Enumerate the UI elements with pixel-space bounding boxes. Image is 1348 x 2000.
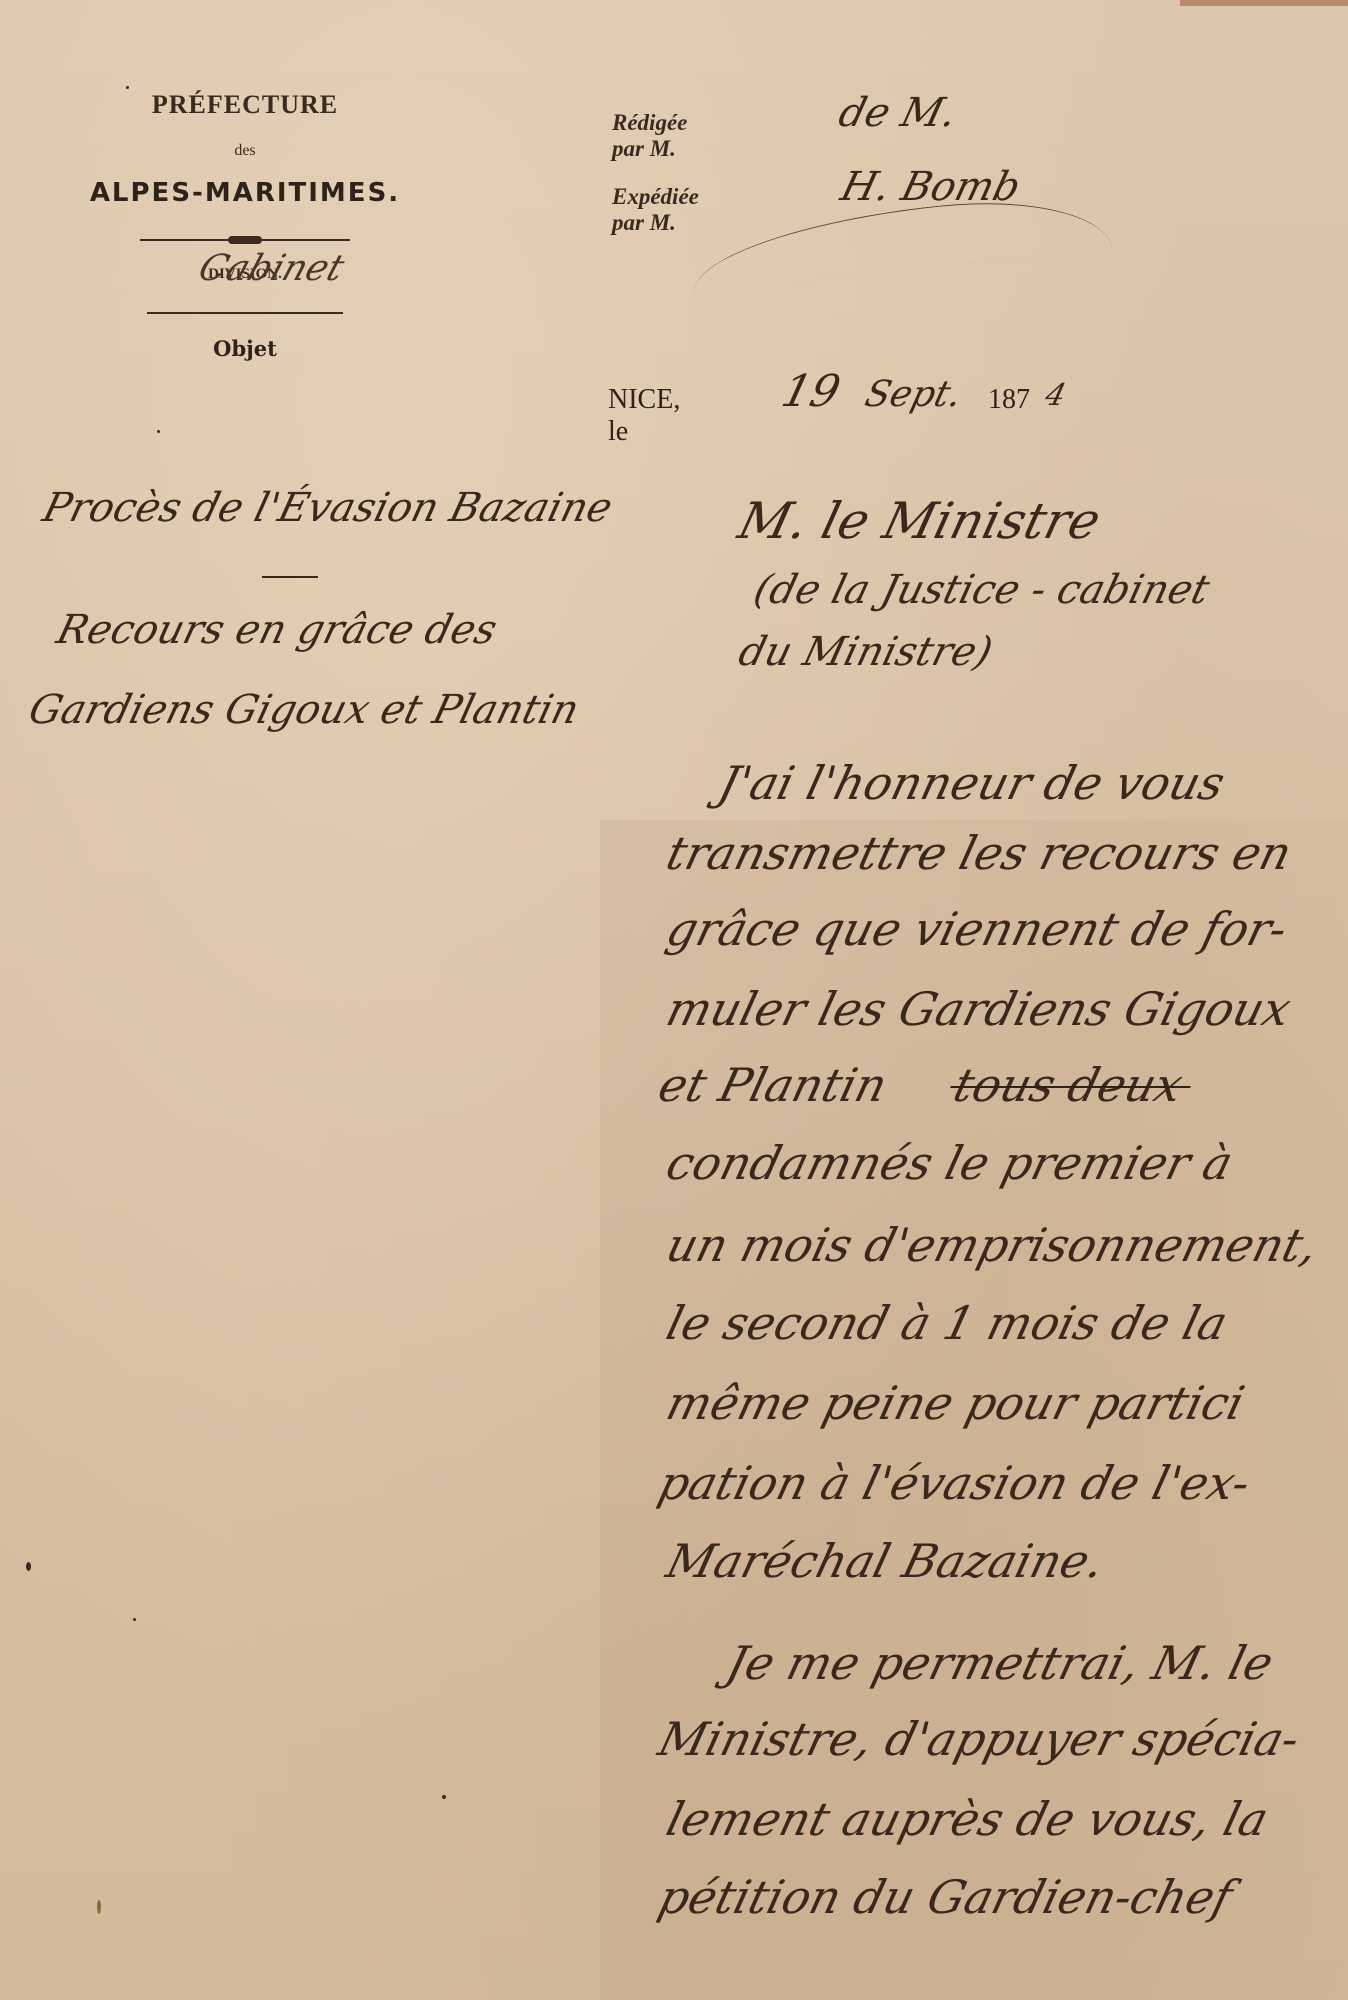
- division-handwritten: Cabinet: [193, 248, 349, 289]
- body-line: grâce que viennent de for-: [662, 906, 1292, 952]
- redigee-signature: de M.: [834, 90, 961, 136]
- stain-speck: [97, 1900, 101, 1914]
- addressee-line: (de la Justice - cabinet: [750, 570, 1213, 610]
- body-line: J'ai l'honneur de vous: [714, 760, 1229, 806]
- ink-speck: [126, 86, 129, 89]
- ink-speck: [26, 1562, 31, 1571]
- body-line: un mois d'emprisonnement,: [662, 1222, 1322, 1268]
- objet-line: Recours en grâce des: [53, 610, 501, 650]
- body-line: Maréchal Bazaine.: [662, 1538, 1108, 1584]
- prefecture-title: PRÉFECTURE: [60, 90, 430, 120]
- body-line: le second à 1 mois de la: [662, 1300, 1232, 1346]
- body-line: Ministre, d'appuyer spécia-: [654, 1716, 1304, 1762]
- divider-rule: [147, 312, 343, 314]
- objet-label: Objet: [60, 336, 430, 361]
- department-name: ALPES-MARITIMES.: [60, 178, 430, 208]
- objet-line: Gardiens Gigoux et Plantin: [25, 690, 583, 730]
- addressee-line: M. le Ministre: [734, 496, 1106, 546]
- date-month: Sept.: [861, 374, 966, 415]
- ink-speck: [157, 430, 160, 433]
- expediee-label: Expédiée par M.: [612, 184, 699, 236]
- division-field: DIVISION. Cabinet: [60, 248, 430, 294]
- prefecture-des: des: [60, 142, 430, 160]
- letterhead: PRÉFECTURE des ALPES-MARITIMES. DIVISION…: [60, 90, 430, 361]
- body-line: Je me permettrai, M. le: [722, 1640, 1277, 1686]
- ink-speck: [133, 1618, 136, 1621]
- body-line: condamnés le premier à: [662, 1140, 1237, 1186]
- addressee-line: du Ministre): [735, 632, 996, 672]
- objet-separator: [262, 576, 318, 578]
- redigee-label: Rédigée par M.: [612, 110, 687, 162]
- body-line: transmettre les recours en: [662, 830, 1296, 876]
- date-year-printed: 187: [988, 384, 1030, 416]
- body-text: et Plantin: [653, 1058, 892, 1112]
- struck-text: tous deux: [949, 1062, 1187, 1108]
- ink-speck: [442, 1795, 446, 1799]
- body-line: muler les Gardiens Gigoux: [662, 986, 1295, 1032]
- body-line: lement auprès de vous, la: [662, 1796, 1273, 1842]
- body-line: pétition du Gardien-chef: [654, 1874, 1237, 1920]
- paper-top-edge: [1180, 0, 1348, 6]
- place-label: NICE, le: [608, 384, 680, 448]
- body-line: et Plantin tous deux: [654, 1062, 1187, 1108]
- body-line: même peine pour partici: [662, 1380, 1249, 1426]
- ornamental-rule: [140, 236, 350, 244]
- body-line: pation à l'évasion de l'ex-: [654, 1460, 1254, 1506]
- objet-line: Procès de l'Évasion Bazaine: [39, 488, 616, 528]
